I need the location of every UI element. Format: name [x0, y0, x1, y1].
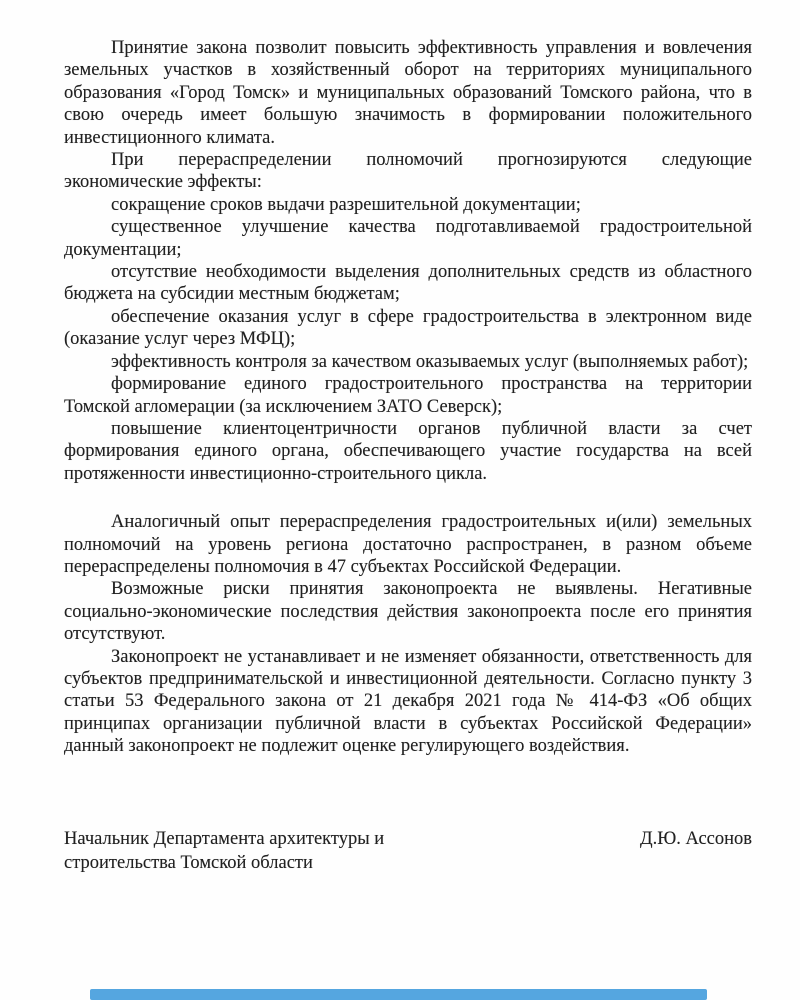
paragraph-similar-experience: Аналогичный опыт перераспределения градо… — [64, 511, 752, 578]
effect-item-no-extra-funds: отсутствие необходимости выделения допол… — [64, 261, 752, 306]
document-body: Принятие закона позволит повысить эффект… — [64, 37, 752, 758]
effect-item-unified-space: формирование единого градостроительного … — [64, 373, 752, 418]
signature-block: Начальник Департамента архитектуры и стр… — [64, 828, 752, 875]
effect-item-permit-terms: сокращение сроков выдачи разрешительной … — [64, 194, 752, 216]
effect-item-quality-control: эффективность контроля за качеством оказ… — [64, 351, 752, 373]
signatory-title: Начальник Департамента архитектуры и стр… — [64, 828, 456, 875]
signatory-name: Д.Ю. Ассонов — [640, 828, 752, 852]
scan-artifact-bar — [90, 989, 707, 1000]
effect-item-electronic-services: обеспечение оказания услуг в сфере градо… — [64, 306, 752, 351]
paragraph-risks: Возможные риски принятия законопроекта н… — [64, 578, 752, 645]
effect-item-documentation-quality: существенное улучшение качества подготав… — [64, 216, 752, 261]
effect-item-client-centricity: повышение клиентоцентричности органов пу… — [64, 418, 752, 485]
document-page: Принятие закона позволит повысить эффект… — [0, 0, 800, 1000]
paragraph-effects-intro: При перераспределении полномочий прогноз… — [64, 149, 752, 194]
paragraph-law-benefits: Принятие закона позволит повысить эффект… — [64, 37, 752, 149]
paragraph-regulatory-impact: Законопроект не устанавливает и не измен… — [64, 646, 752, 758]
